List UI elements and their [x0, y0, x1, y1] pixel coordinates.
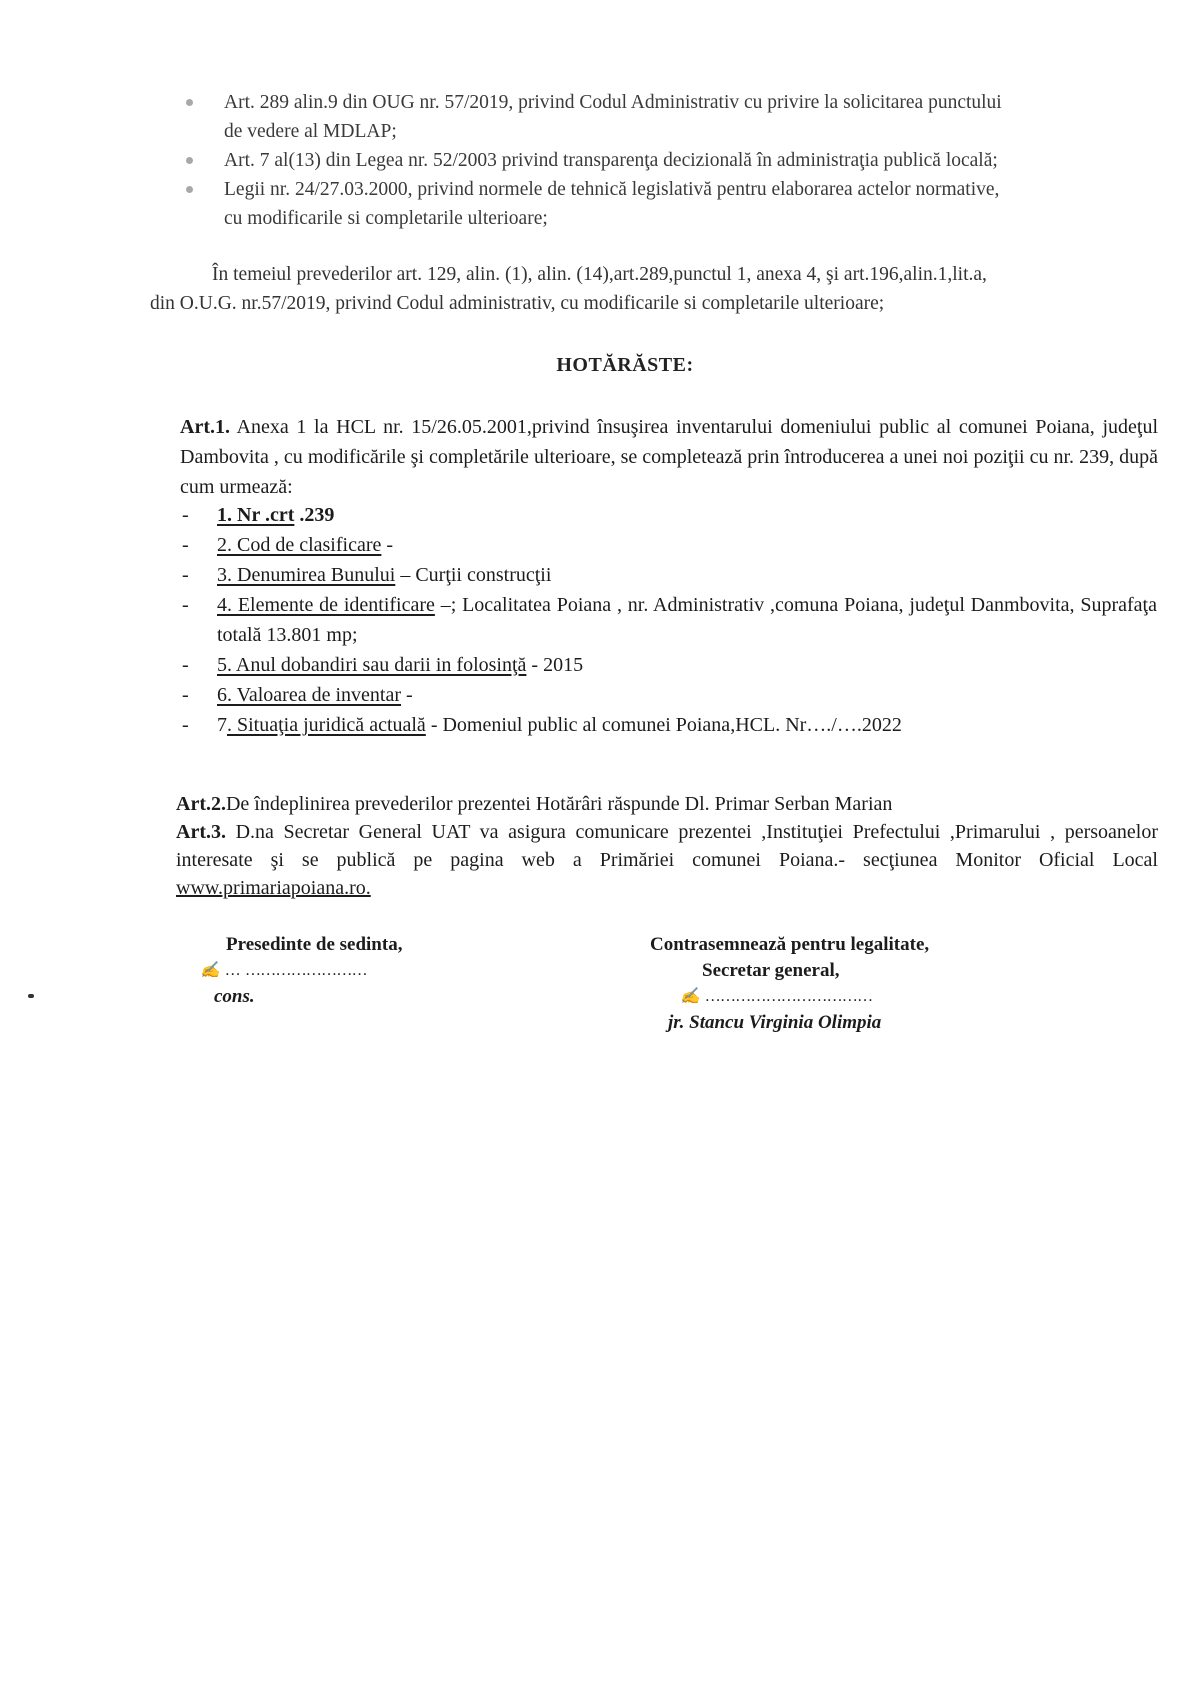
- field-label: 4. Elemente de identificare: [217, 594, 435, 616]
- inventory-field-row: - 1. Nr .crt .239: [182, 500, 1157, 530]
- decision-heading: HOTĂRĂSTE:: [0, 354, 1190, 377]
- field-label: 5. Anul dobandiri sau darii in folosinţă: [217, 654, 526, 676]
- article-1-text: Anexa 1 la HCL nr. 15/26.05.2001,privind…: [180, 416, 1158, 498]
- basis-line: În temeiul prevederilor art. 129, alin. …: [150, 260, 1155, 289]
- inventory-item-list: - 1. Nr .crt .239 - 2. Cod de clasificar…: [182, 500, 1157, 740]
- bullet-text: Art. 7 al(13) din Legea nr. 52/2003 priv…: [224, 146, 1182, 175]
- bullet-text: de vedere al MDLAP;: [224, 117, 1182, 146]
- bullet-item: Art. 289 alin.9 din OUG nr. 57/2019, pri…: [182, 88, 1182, 146]
- bullet-text: Legii nr. 24/27.03.2000, privind normele…: [224, 175, 1182, 204]
- field-value: - Domeniul public al comunei Poiana,HCL.…: [426, 714, 902, 736]
- bullet-item: Art. 7 al(13) din Legea nr. 52/2003 priv…: [182, 146, 1182, 175]
- field-value: -: [401, 684, 413, 706]
- inventory-field-row: - 6. Valoarea de inventar -: [182, 680, 1157, 710]
- article-3-text: D.na Secretar General UAT va asigura com…: [176, 821, 1158, 871]
- signature-block-president: Presedinte de sedinta, ✍ … …………………… cons…: [226, 932, 402, 1010]
- inventory-field-row: - 2. Cod de clasificare -: [182, 530, 1157, 560]
- article-1: Art.1. Anexa 1 la HCL nr. 15/26.05.2001,…: [150, 412, 1158, 502]
- website-link[interactable]: www.primariapoiana.ro.: [176, 877, 371, 899]
- article-2: Art.2.De îndeplinirea prevederilor preze…: [150, 790, 1158, 818]
- field-label: 3. Denumirea Bunului: [217, 564, 395, 586]
- inventory-field-row: - 3. Denumirea Bunului – Curţii construc…: [182, 560, 1157, 590]
- basis-line: din O.U.G. nr.57/2019, privind Codul adm…: [150, 289, 1155, 318]
- article-3: Art.3. D.na Secretar General UAT va asig…: [150, 818, 1158, 902]
- article-1-label: Art.1.: [180, 416, 230, 438]
- field-label: . Situaţia juridică actuală: [227, 714, 426, 736]
- bullet-icon: [186, 99, 193, 106]
- bullet-icon: [186, 186, 193, 193]
- bullet-icon: [186, 157, 193, 164]
- field-label: 6. Valoarea de inventar: [217, 684, 401, 706]
- legal-basis-bullet-list: Art. 289 alin.9 din OUG nr. 57/2019, pri…: [182, 88, 1182, 233]
- bullet-item: Legii nr. 24/27.03.2000, privind normele…: [182, 175, 1182, 233]
- scan-speck: [28, 994, 34, 998]
- article-2-text: De îndeplinirea prevederilor prezentei H…: [226, 793, 892, 815]
- inventory-field-row: - 4. Elemente de identificare –; Localit…: [182, 590, 1157, 650]
- field-label: 1. Nr .crt: [217, 504, 294, 526]
- signature-line: ✍ ……………………………: [680, 984, 929, 1010]
- legal-basis-paragraph: În temeiul prevederilor art. 129, alin. …: [150, 260, 1155, 318]
- field-value: .239: [294, 504, 334, 526]
- inventory-field-row: - 5. Anul dobandiri sau darii in folosin…: [182, 650, 1157, 680]
- bullet-text: cu modificarile si completarile ulterioa…: [224, 204, 1182, 233]
- field-value: - 2015: [526, 654, 583, 676]
- bullet-text: Art. 289 alin.9 din OUG nr. 57/2019, pri…: [224, 88, 1182, 117]
- field-label: 2. Cod de clasificare: [217, 534, 381, 556]
- inventory-field-row: - 7. Situaţia juridică actuală - Domeniu…: [182, 710, 1157, 740]
- field-value: -: [381, 534, 393, 556]
- article-3-label: Art.3.: [176, 821, 226, 843]
- signature-block-secretary: Contrasemnează pentru legalitate, Secret…: [650, 932, 929, 1036]
- field-value: – Curţii construcţii: [395, 564, 551, 586]
- signature-line: ✍ … ……………………: [200, 958, 402, 984]
- articles-2-3: Art.2.De îndeplinirea prevederilor preze…: [150, 790, 1158, 902]
- document-page: Art. 289 alin.9 din OUG nr. 57/2019, pri…: [0, 0, 1190, 1684]
- article-2-label: Art.2.: [176, 793, 226, 815]
